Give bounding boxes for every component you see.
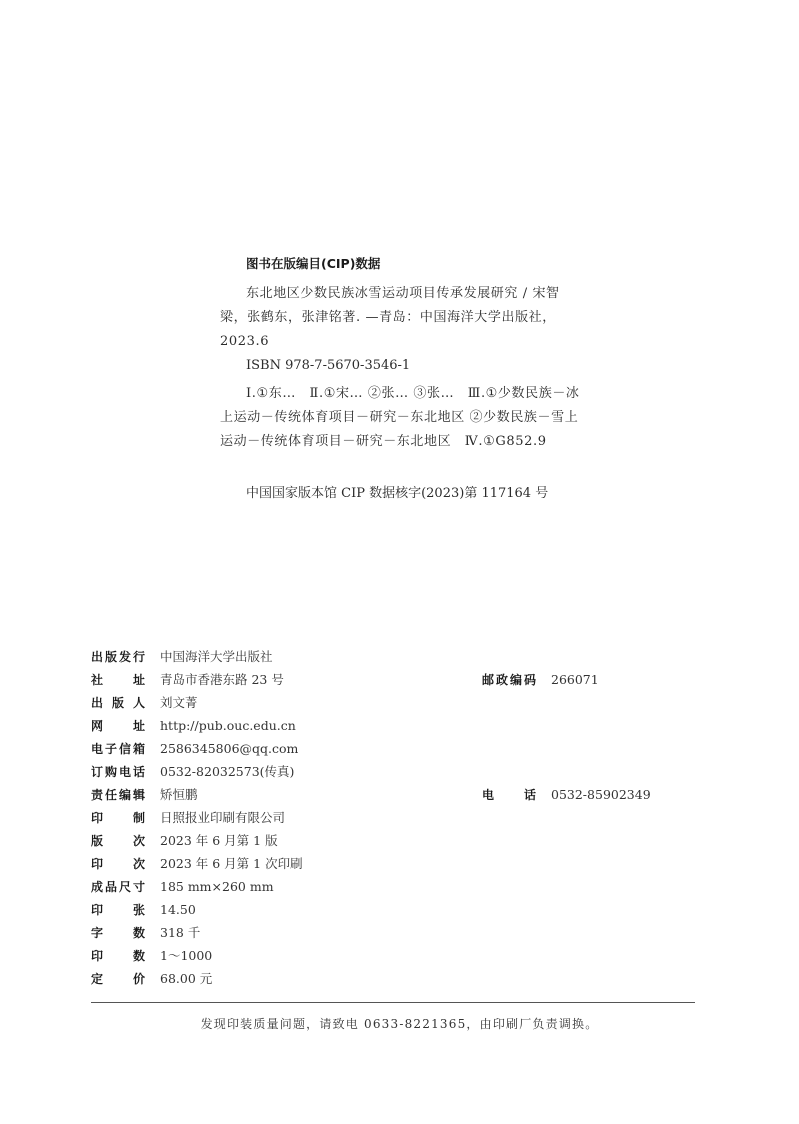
info-label: 网址 [91,715,145,738]
info-label: 邮政编码 [482,669,536,692]
info-row-price: 定价68.00 元 [91,967,212,990]
info-row-editor: 责任编辑矫恒鹏 [91,783,198,806]
info-label: 社址 [91,669,145,692]
info-row-edition: 版次2023 年 6 月第 1 版 [91,829,278,852]
info-value: 刘文菁 [160,691,198,714]
info-label: 印次 [91,853,145,876]
info-value: 1～1000 [160,944,212,967]
cip-number: 中国国家版本馆 CIP 数据核字(2023)第 117164 号 [246,482,548,506]
info-label: 印张 [91,899,145,922]
info-value: 318 千 [160,921,200,944]
info-value: 2586345806@qq.com [160,737,298,760]
info-value: 日照报业印刷有限公司 [160,806,285,829]
info-value: 矫恒鹏 [160,783,198,806]
info-value: 2023 年 6 月第 1 次印刷 [160,852,303,875]
cip-title: 图书在版编目(CIP)数据 [246,254,380,272]
info-label: 订购电话 [91,761,145,784]
info-row-printing: 印次2023 年 6 月第 1 次印刷 [91,852,303,875]
info-row-size: 成品尺寸185 mm×260 mm [91,875,274,898]
cip-description: 东北地区少数民族冰雪运动项目传承发展研究 / 宋智梁，张鹤东，张津铭著. —青岛… [220,282,580,354]
info-value: 0532-82032573(传真) [160,760,294,783]
info-label: 出版人 [91,692,145,715]
info-label: 成品尺寸 [91,876,145,899]
info-label: 出版发行 [91,646,145,669]
info-row-address: 社址青岛市香港东路 23 号 [91,668,284,691]
info-label: 印制 [91,807,145,830]
info-value: 185 mm×260 mm [160,875,274,898]
info-row-sheets: 印张14.50 [91,898,196,921]
info-row-publisher-person: 出版人刘文菁 [91,691,198,714]
info-label: 定价 [91,968,145,991]
info-value-link: http://pub.ouc.edu.cn [160,714,296,737]
info-row-order-phone: 订购电话0532-82032573(传真) [91,760,294,783]
info-value: 0532-85902349 [551,783,651,806]
info-label: 电子信箱 [91,738,145,761]
info-label: 责任编辑 [91,784,145,807]
info-row-print-run: 印数1～1000 [91,944,212,967]
quality-notice: 发现印装质量问题，请致电 0633-8221365，由印刷厂负责调换。 [0,1015,799,1032]
info-label: 版次 [91,830,145,853]
info-value: 68.00 元 [160,967,212,990]
info-row-email: 电子信箱2586345806@qq.com [91,737,298,760]
info-value: 2023 年 6 月第 1 版 [160,829,278,852]
info-value: 青岛市香港东路 23 号 [160,668,284,691]
info-label: 印数 [91,945,145,968]
info-row-printer: 印制日照报业印刷有限公司 [91,806,285,829]
info-value: 266071 [551,668,599,691]
info-label: 电话 [482,784,536,807]
info-label: 字数 [91,922,145,945]
footer-divider [91,1002,695,1003]
info-row-postcode: 邮政编码266071 [482,668,599,691]
info-value: 中国海洋大学出版社 [160,645,273,668]
cip-classification: Ⅰ.①东… Ⅱ.①宋… ②张… ③张… Ⅲ.①少数民族－冰上运动－传统体育项目－… [220,382,580,454]
info-row-publisher: 出版发行中国海洋大学出版社 [91,645,273,668]
cip-isbn: ISBN 978-7-5670-3546-1 [246,354,410,378]
info-row-word-count: 字数318 千 [91,921,200,944]
info-value: 14.50 [160,898,196,921]
info-row-website: 网址http://pub.ouc.edu.cn [91,714,296,737]
info-row-phone: 电话0532-85902349 [482,783,651,806]
